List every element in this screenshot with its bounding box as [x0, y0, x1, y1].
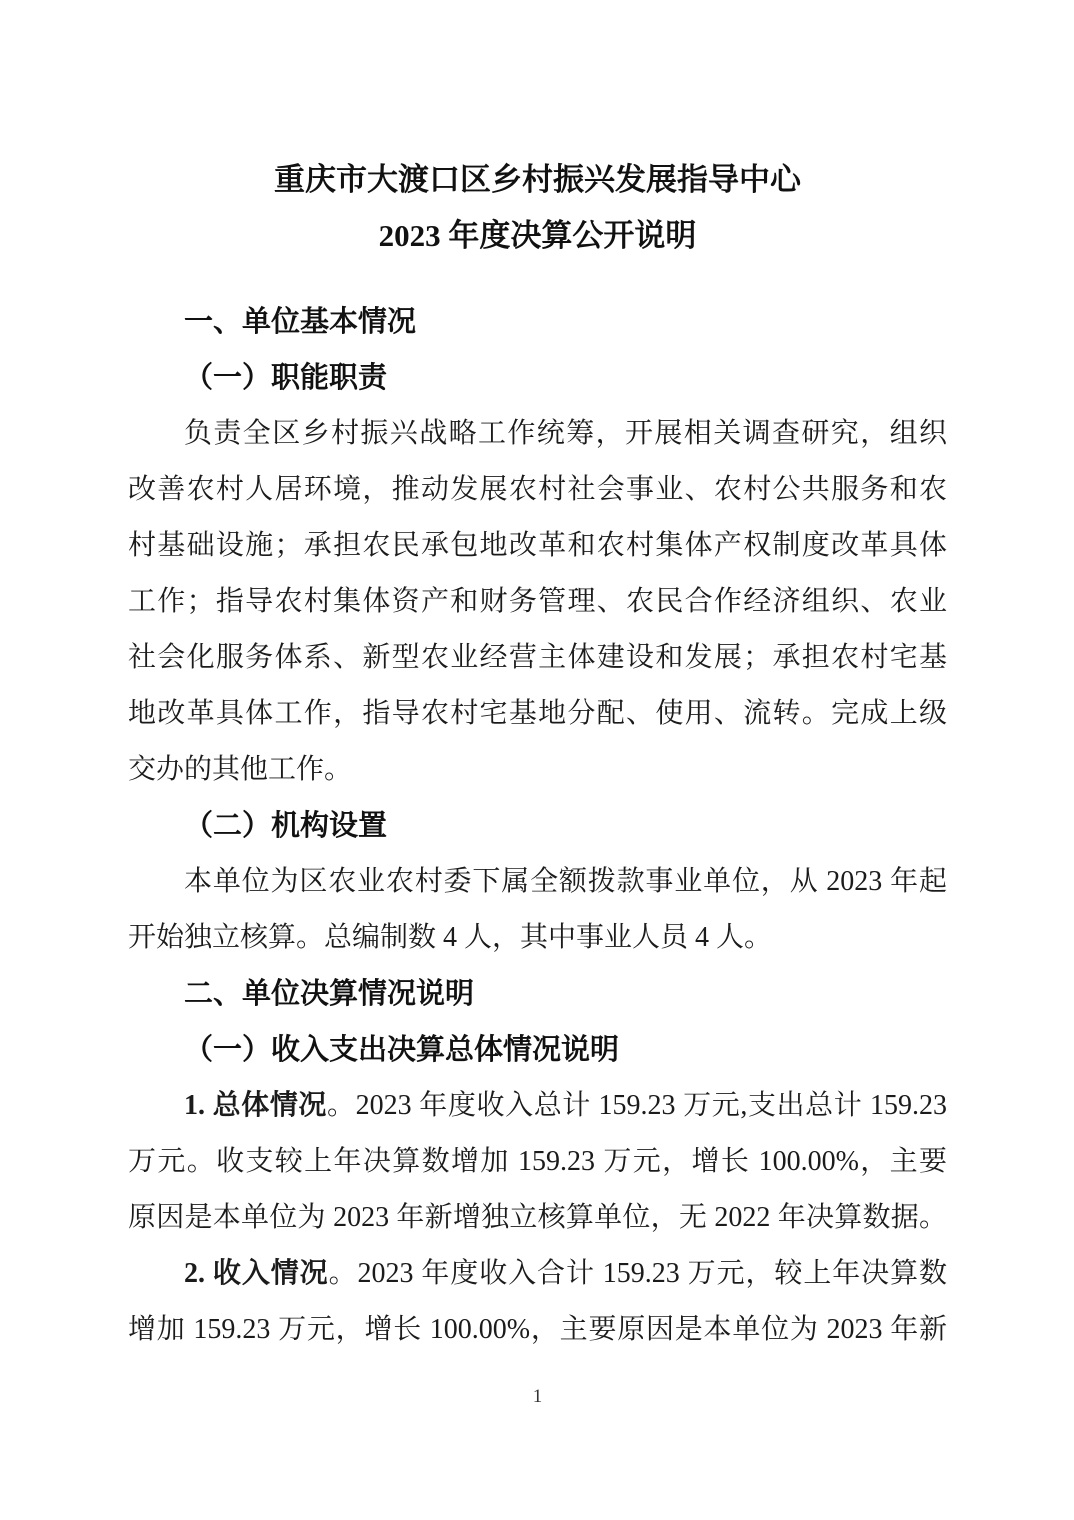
section-1-heading: 一、单位基本情况 [128, 294, 947, 350]
duties-paragraph-line: 村基础设施；承担农民承包地改革和农村集体产权制度改革具体 [128, 518, 947, 574]
page-number: 1 [128, 1369, 947, 1425]
overall-paragraph-line: 1. 总体情况。2023 年度收入总计 159.23 万元,支出总计 159.2… [128, 1078, 947, 1134]
overall-paragraph-line: 万元。收支较上年决算数增加 159.23 万元，增长 100.00%，主要 [128, 1134, 947, 1190]
income-lead-bold: 2. 收入情况 [184, 1258, 329, 1289]
overall-lead-bold: 1. 总体情况 [184, 1090, 327, 1121]
section-2-subheading-1: （一）收入支出决算总体情况说明 [128, 1022, 947, 1078]
organization-paragraph-line: 本单位为区农业农村委下属全额拨款事业单位，从 2023 年起 [128, 854, 947, 910]
overall-lead-rest: 。2023 年度收入总计 159.23 万元,支出总计 159.23 [327, 1090, 947, 1121]
duties-paragraph-line: 地改革具体工作，指导农村宅基地分配、使用、流转。完成上级 [128, 686, 947, 742]
document-title-line1: 重庆市大渡口区乡村振兴发展指导中心 [128, 152, 947, 208]
income-paragraph-line: 增加 159.23 万元，增长 100.00%，主要原因是本单位为 2023 年… [128, 1302, 947, 1358]
duties-paragraph-line: 改善农村人居环境，推动发展农村社会事业、农村公共服务和农 [128, 462, 947, 518]
income-paragraph-line: 2. 收入情况。2023 年度收入合计 159.23 万元，较上年决算数 [128, 1246, 947, 1302]
document-body: 重庆市大渡口区乡村振兴发展指导中心 2023 年度决算公开说明 一、单位基本情况… [0, 0, 1074, 1425]
section-1-subheading-2: （二）机构设置 [128, 798, 947, 854]
overall-paragraph-line: 原因是本单位为 2023 年新增独立核算单位，无 2022 年决算数据。 [128, 1190, 947, 1246]
income-lead-rest: 。2023 年度收入合计 159.23 万元，较上年决算数 [329, 1258, 947, 1289]
title-gap [128, 264, 947, 294]
section-2-heading: 二、单位决算情况说明 [128, 966, 947, 1022]
organization-paragraph-line: 开始独立核算。总编制数 4 人，其中事业人员 4 人。 [128, 910, 947, 966]
document-title-line2: 2023 年度决算公开说明 [128, 208, 947, 264]
duties-paragraph-line: 交办的其他工作。 [128, 742, 947, 798]
section-1-subheading-1: （一）职能职责 [128, 350, 947, 406]
duties-paragraph-line: 负责全区乡村振兴战略工作统筹，开展相关调查研究，组织 [128, 406, 947, 462]
duties-paragraph-line: 社会化服务体系、新型农业经营主体建设和发展；承担农村宅基 [128, 630, 947, 686]
duties-paragraph-line: 工作；指导农村集体资产和财务管理、农民合作经济组织、农业 [128, 574, 947, 630]
document-page: 重庆市大渡口区乡村振兴发展指导中心 2023 年度决算公开说明 一、单位基本情况… [0, 0, 1074, 1520]
